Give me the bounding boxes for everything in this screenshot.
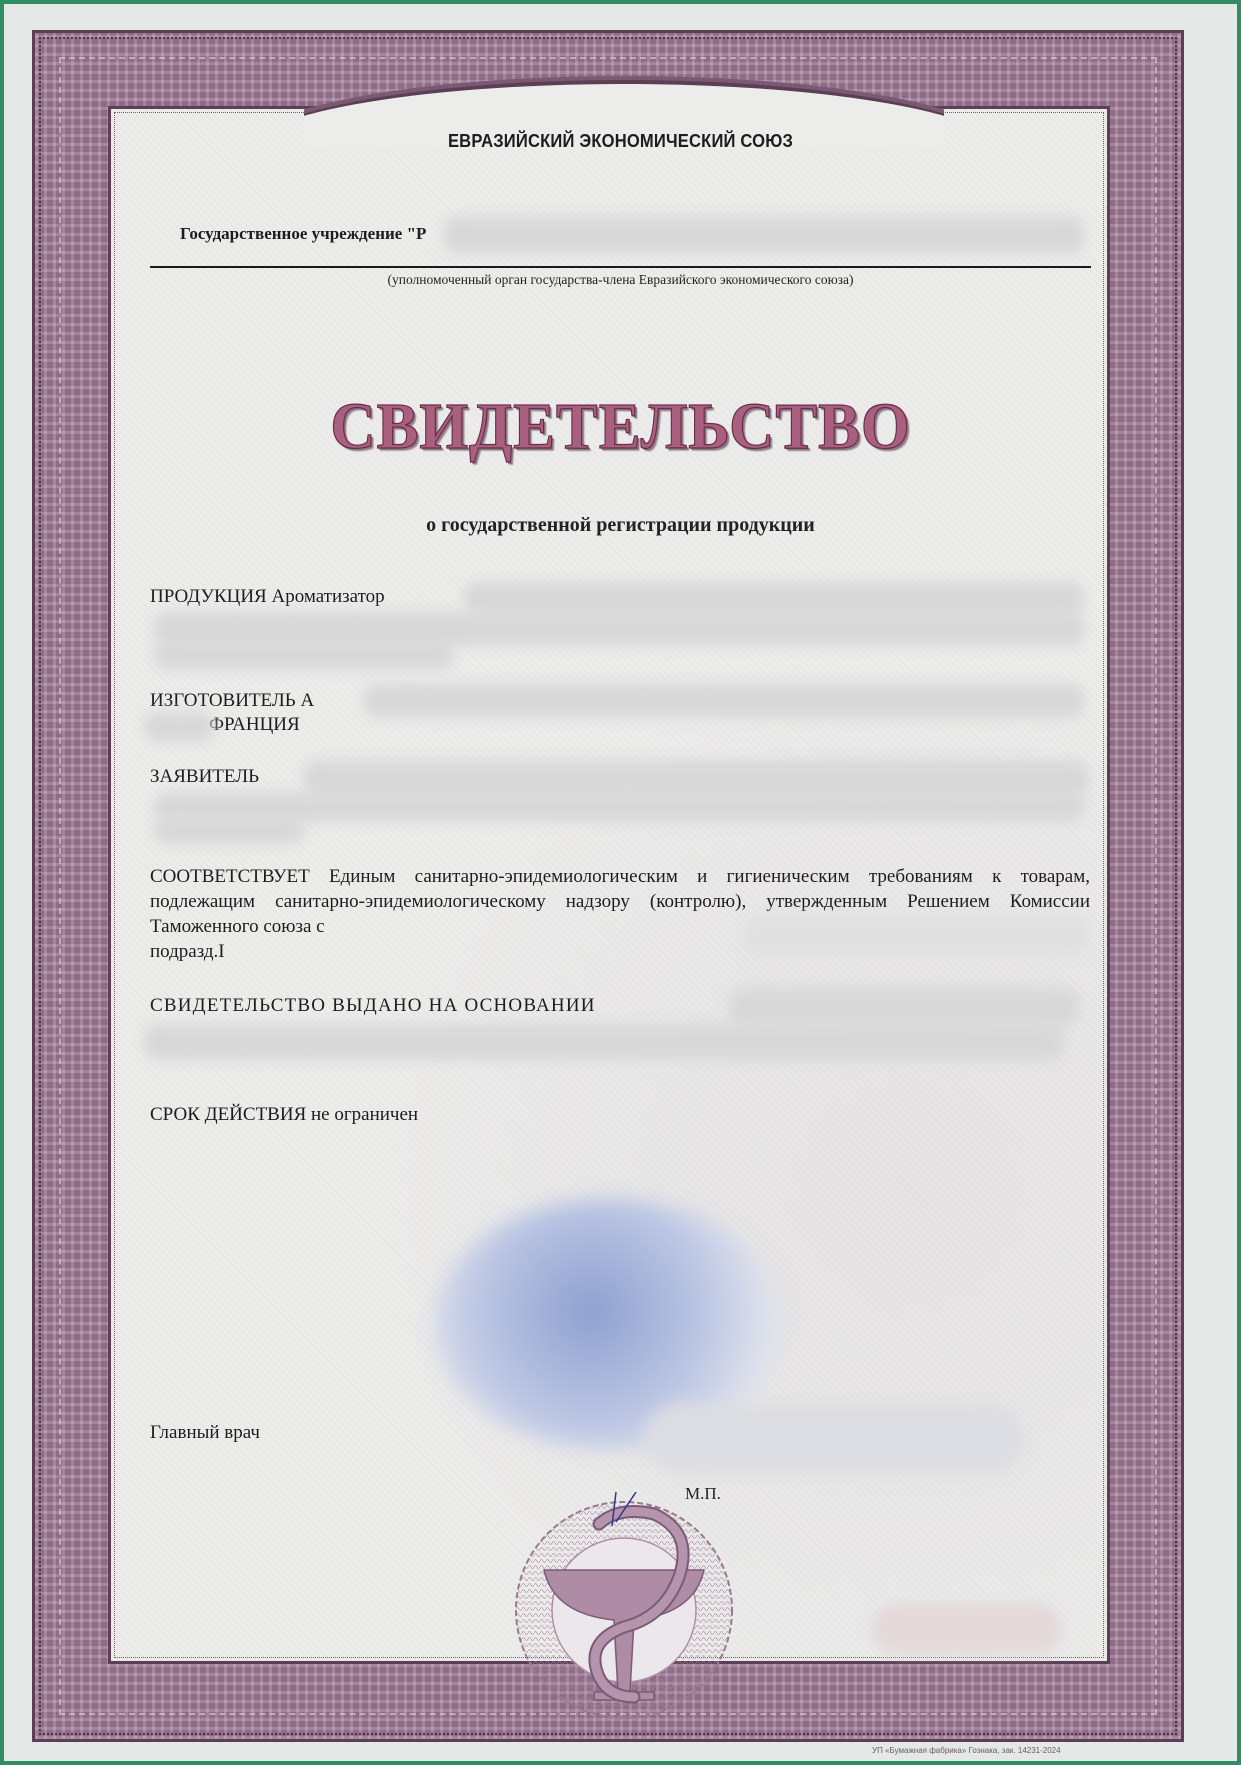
redacted-product-3 [154,640,454,670]
manufacturer-country: ФРАНЦИЯ [209,714,300,736]
manufacturer-value: А [300,690,314,711]
product-label: ПРОДУКЦИЯ [150,586,267,607]
redacted-manufacturer [364,684,1084,718]
basis-label: СВИДЕТЕЛЬСТВО ВЫДАНО НА ОСНОВАНИИ [150,995,596,1016]
redacted-applicant-3 [154,818,304,844]
redacted-issuing-body [444,216,1084,254]
union-name: ЕВРАЗИЙСКИЙ ЭКОНОМИЧЕСКИЙ СОЮЗ [53,131,1187,152]
manufacturer-label: ИЗГОТОВИТЕЛЬ [150,690,296,711]
field-validity: СРОК ДЕЙСТВИЯ не ограничен [150,1102,1090,1127]
issuing-body-caption: (уполномоченный орган государства-члена … [150,272,1091,288]
validity-value: не ограничен [311,1104,418,1125]
hygieia-bowl-emblem [504,1492,744,1742]
product-value: Ароматизатор [271,586,384,607]
redacted-manufacturer-2 [144,712,214,742]
redacted-signature [644,1404,1024,1474]
redacted-product-1 [464,582,1084,616]
conformity-tail: подразд.I [150,941,225,962]
print-note: УП «Бумажная фабрика» Гознака, зак. 1423… [872,1746,1061,1755]
validity-label: СРОК ДЕЙСТВИЯ [150,1104,306,1125]
redacted-basis-2 [144,1024,1064,1060]
issuing-body: Государственное учреждение "Р [180,224,426,244]
redacted-serial-number [872,1604,1062,1654]
certificate-sheet: ЕВРАЗИЙСКИЙ ЭКОНОМИЧЕСКИЙ СОЮЗ Государст… [4,4,1237,1761]
conformity-label: СООТВЕТСТВУЕТ [150,866,310,887]
redacted-conformity [744,916,1089,954]
document-subtitle: о государственной регистрации продукции [4,514,1237,537]
issuing-body-underline [150,266,1091,268]
signatory-position: Главный врач [150,1422,260,1444]
redacted-basis-1 [729,988,1079,1026]
document-title: СВИДЕТЕЛЬСТВО [35,389,1206,465]
applicant-label: ЗАЯВИТЕЛЬ [150,766,259,787]
